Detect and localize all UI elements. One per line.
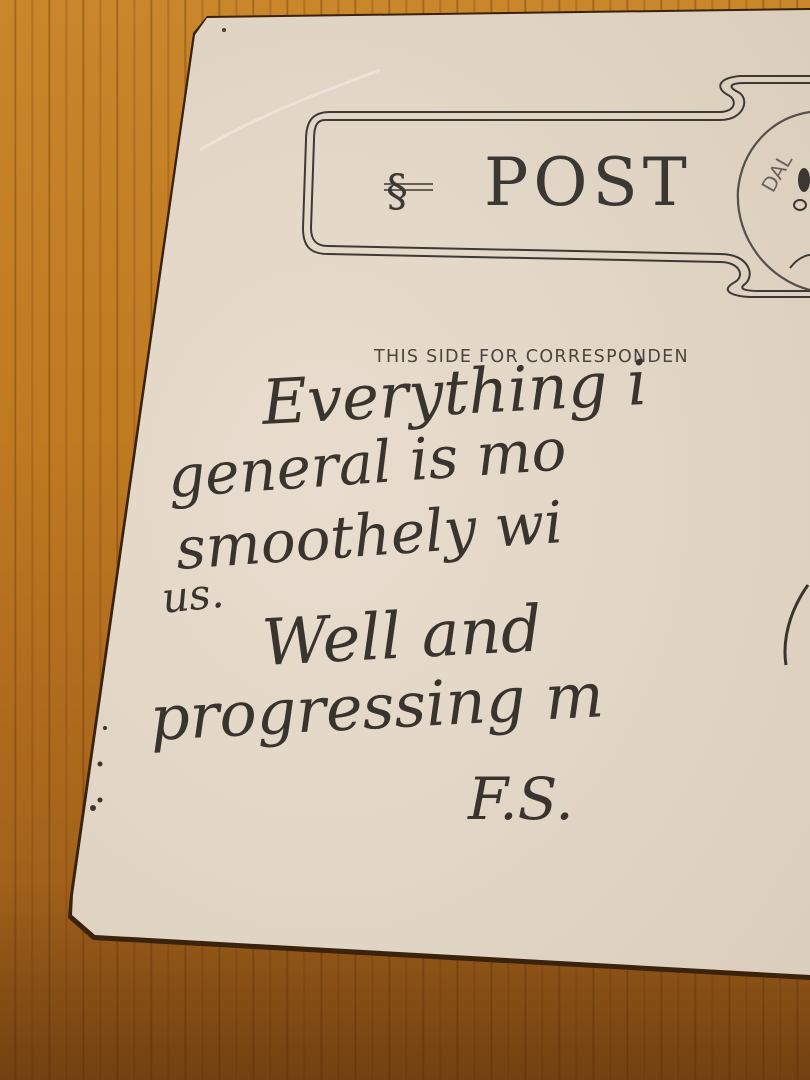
handwriting-line-1: Everything i (260, 352, 648, 434)
handwriting-signature: F.S. (468, 770, 574, 828)
postmark-text: DAL (756, 149, 797, 196)
handwriting-line-4: us. (160, 572, 226, 620)
postcard-title: POST (484, 150, 692, 216)
ornament-s-icon: § (386, 166, 408, 217)
